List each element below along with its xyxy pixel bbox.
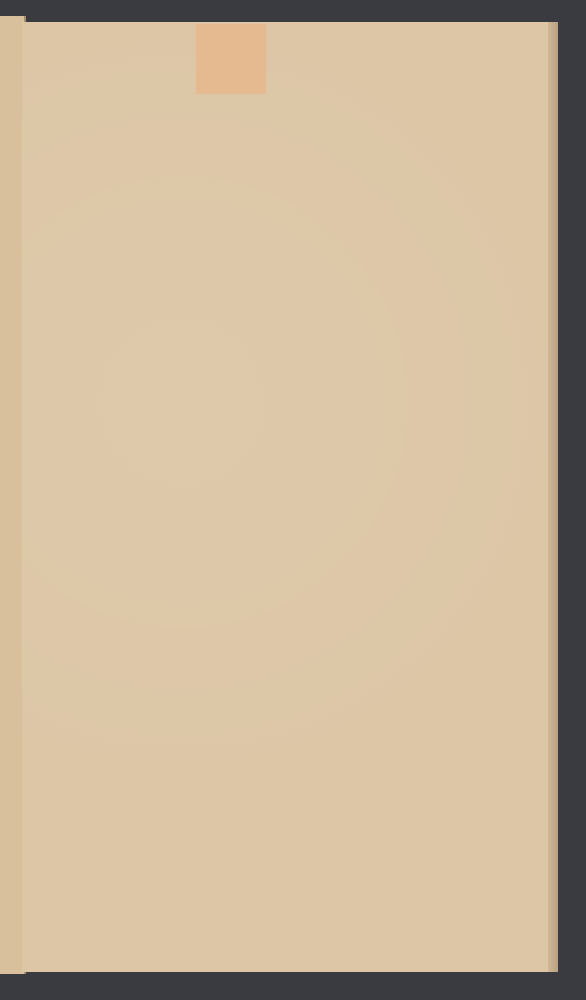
page-edge-shadow — [548, 22, 558, 972]
blank-paper-page — [22, 22, 556, 972]
paper-stain — [196, 24, 266, 94]
